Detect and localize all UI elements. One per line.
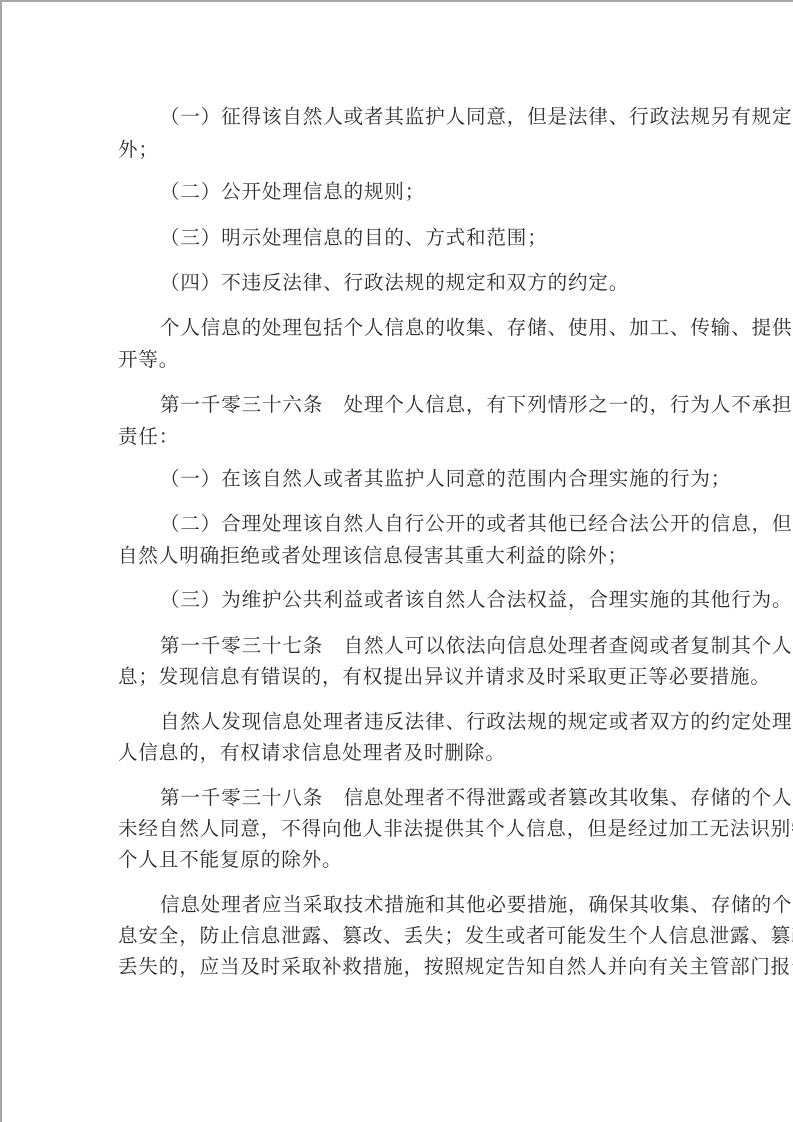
article-1038-para-2-line-2: 息安全，防止信息泄露、篡改、丢失；发生或者可能发生个人信息泄露、篡改、: [118, 923, 678, 949]
article-1036-item-3: （三）为维护公共利益或者该自然人合法权益，合理实施的其他行为。: [160, 587, 720, 613]
paragraph-processing-definition-line-2: 开等。: [118, 347, 678, 373]
article-1036-heading-line-1: 第一千零三十六条 处理个人信息，有下列情形之一的，行为人不承担民事: [160, 392, 720, 418]
article-1036-heading-line-2: 责任：: [118, 424, 678, 450]
article-1038-para-2-line-3: 丢失的，应当及时采取补救措施，按照规定告知自然人并向有关主管部门报告。: [118, 954, 678, 980]
document-page: （一）征得该自然人或者其监护人同意，但是法律、行政法规另有规定的除 外； （二）…: [0, 0, 793, 1122]
list-item-rules: （二）公开处理信息的规则；: [160, 179, 720, 205]
article-1037-line-1: 第一千零三十七条 自然人可以依法向信息处理者查阅或者复制其个人信: [160, 633, 720, 659]
article-1038-line-1: 第一千零三十八条 信息处理者不得泄露或者篡改其收集、存储的个人信息；: [160, 785, 720, 811]
article-1037-line-2: 息；发现信息有错误的，有权提出异议并请求及时采取更正等必要措施。: [118, 664, 678, 690]
list-item-purpose: （三）明示处理信息的目的、方式和范围；: [160, 225, 720, 251]
article-1037-para-2-line-2: 人信息的，有权请求信息处理者及时删除。: [118, 740, 678, 766]
list-item-no-violation: （四）不违反法律、行政法规的规定和双方的约定。: [160, 270, 720, 296]
article-1036-item-1: （一）在该自然人或者其监护人同意的范围内合理实施的行为；: [160, 466, 720, 492]
article-1038-para-2-line-1: 信息处理者应当采取技术措施和其他必要措施，确保其收集、存储的个人信: [160, 892, 720, 918]
list-item-consent-line-1: （一）征得该自然人或者其监护人同意，但是法律、行政法规另有规定的除: [160, 104, 720, 130]
article-1037-para-2-line-1: 自然人发现信息处理者违反法律、行政法规的规定或者双方的约定处理其个: [160, 709, 720, 735]
article-1038-line-2: 未经自然人同意，不得向他人非法提供其个人信息，但是经过加工无法识别特定: [118, 816, 678, 842]
paragraph-processing-definition-line-1: 个人信息的处理包括个人信息的收集、存储、使用、加工、传输、提供、公: [160, 315, 720, 341]
article-1036-item-2-line-2: 自然人明确拒绝或者处理该信息侵害其重大利益的除外；: [118, 543, 678, 569]
article-1038-line-3: 个人且不能复原的除外。: [118, 847, 678, 873]
list-item-consent-line-2: 外；: [118, 137, 678, 163]
article-1036-item-2-line-1: （二）合理处理该自然人自行公开的或者其他已经合法公开的信息，但是该: [160, 511, 720, 537]
